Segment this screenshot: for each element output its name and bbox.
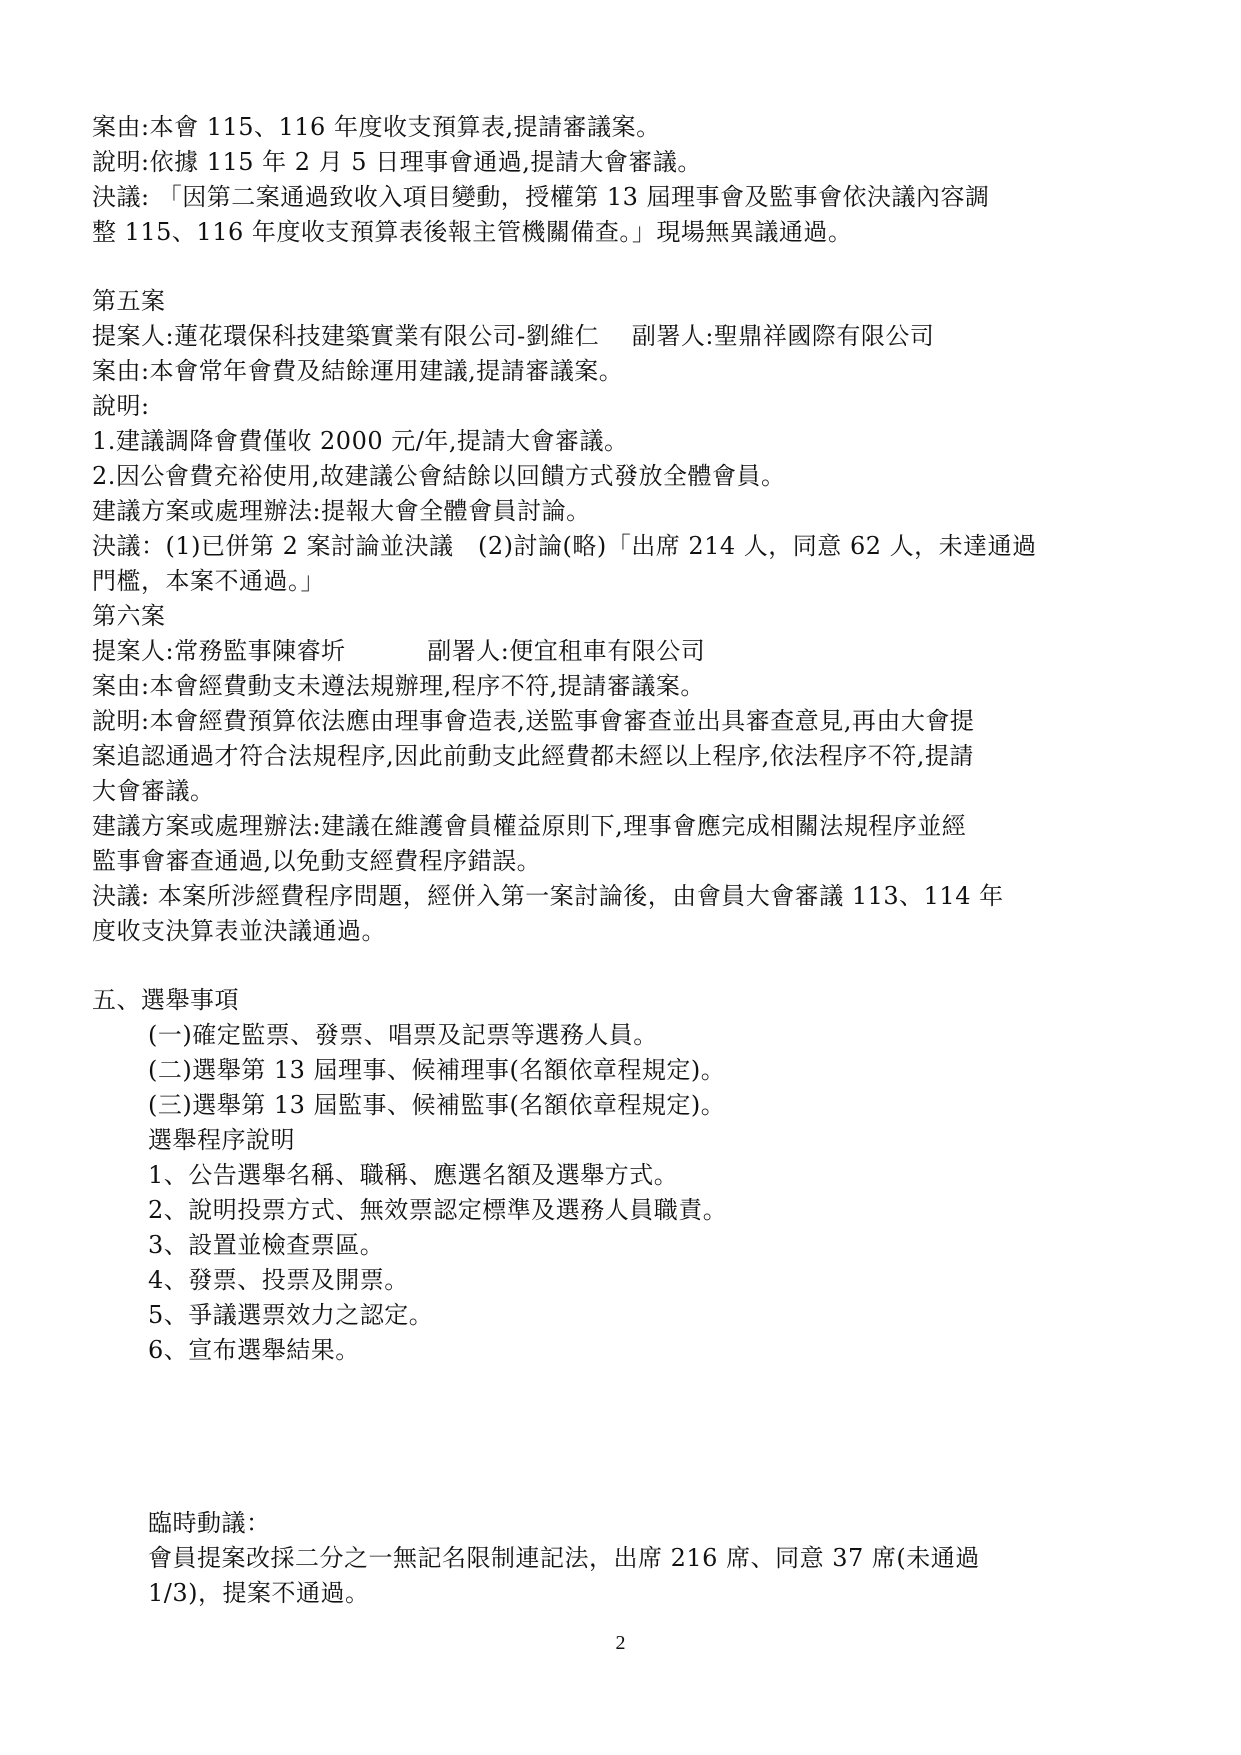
- case4-resolution-line2: 整 115、116 年度收支預算表後報主管機關備查。」現場無異議通過。: [92, 215, 852, 249]
- case5-resolution-line2: 門檻，本案不通過。」: [92, 564, 325, 598]
- case6-method-line2: 監事會審查通過,以免動支經費程序錯誤。: [92, 844, 541, 878]
- case5-method: 建議方案或處理辦法:提報大會全體會員討論。: [92, 494, 591, 528]
- election-procedure-3: 3、設置並檢查票區。: [148, 1228, 384, 1262]
- page-number: 2: [0, 1632, 1241, 1655]
- election-procedure-heading: 選舉程序說明: [148, 1123, 295, 1157]
- case6-subject: 案由:本會經費動支未遵法規辦理,程序不符,提請審議案。: [92, 669, 705, 703]
- case6-explanation-line1: 說明:本會經費預算依法應由理事會造表,送監事會審查並出具審查意見,再由大會提: [92, 704, 974, 738]
- election-item-2: (二)選舉第 13 屆理事、候補理事(名額依章程規定)。: [148, 1053, 725, 1087]
- case6-method-line1: 建議方案或處理辦法:建議在維護會員權益原則下,理事會應完成相關法規程序並經: [92, 809, 966, 843]
- election-procedure-5: 5、爭議選票效力之認定。: [148, 1298, 433, 1332]
- case6-explanation-line2: 案追認通過才符合法規程序,因此前動支此經費都未經以上程序,依法程序不符,提請: [92, 739, 974, 773]
- motion-heading: 臨時動議：: [148, 1506, 271, 1540]
- election-procedure-2: 2、說明投票方式、無效票認定標準及選務人員職責。: [148, 1193, 727, 1227]
- motion-line2: 1/3)，提案不通過。: [148, 1576, 370, 1610]
- election-procedure-1: 1、公告選舉名稱、職稱、應選名額及選舉方式。: [148, 1158, 678, 1192]
- election-procedure-6: 6、宣布選舉結果。: [148, 1333, 360, 1367]
- election-heading: 五、選舉事項: [92, 983, 239, 1017]
- case6-resolution-line2: 度收支決算表並決議通過。: [92, 914, 386, 948]
- case5-proposer: 提案人:蓮花環保科技建築實業有限公司-劉維仁 副署人:聖鼎祥國際有限公司: [92, 319, 934, 353]
- case6-resolution-line1: 決議: 本案所涉經費程序問題，經併入第一案討論後，由會員大會審議 113、114…: [92, 879, 1004, 913]
- case6-explanation-line3: 大會審議。: [92, 774, 215, 808]
- election-item-3: (三)選舉第 13 屆監事、候補監事(名額依章程規定)。: [148, 1088, 725, 1122]
- case4-explanation: 說明:依據 115 年 2 月 5 日理事會通過,提請大會審議。: [92, 145, 702, 179]
- motion-line1: 會員提案改採二分之一無記名限制連記法，出席 216 席、同意 37 席(未通過: [148, 1541, 980, 1575]
- case5-item-1: 1.建議調降會費僅收 2000 元/年,提請大會審議。: [92, 424, 628, 458]
- case5-subject: 案由:本會常年會費及結餘運用建議,提請審議案。: [92, 354, 623, 388]
- case6-title: 第六案: [92, 599, 166, 633]
- case5-item-2: 2.因公會費充裕使用,故建議公會結餘以回饋方式發放全體會員。: [92, 459, 786, 493]
- case4-resolution-line1: 決議: 「因第二案通過致收入項目變動，授權第 13 屆理事會及監事會依決議內容調: [92, 180, 990, 214]
- case5-title: 第五案: [92, 284, 166, 318]
- case6-proposer: 提案人:常務監事陳睿圻 副署人:便宜租車有限公司: [92, 634, 705, 668]
- election-procedure-4: 4、發票、投票及開票。: [148, 1263, 409, 1297]
- case4-subject: 案由:本會 115、116 年度收支預算表,提請審議案。: [92, 110, 661, 144]
- case5-resolution-line1: 決議：(1)已併第 2 案討論並決議 (2)討論(略)「出席 214 人，同意 …: [92, 529, 1037, 563]
- case5-explanation-label: 說明:: [92, 389, 150, 423]
- election-item-1: (一)確定監票、發票、唱票及記票等選務人員。: [148, 1018, 658, 1052]
